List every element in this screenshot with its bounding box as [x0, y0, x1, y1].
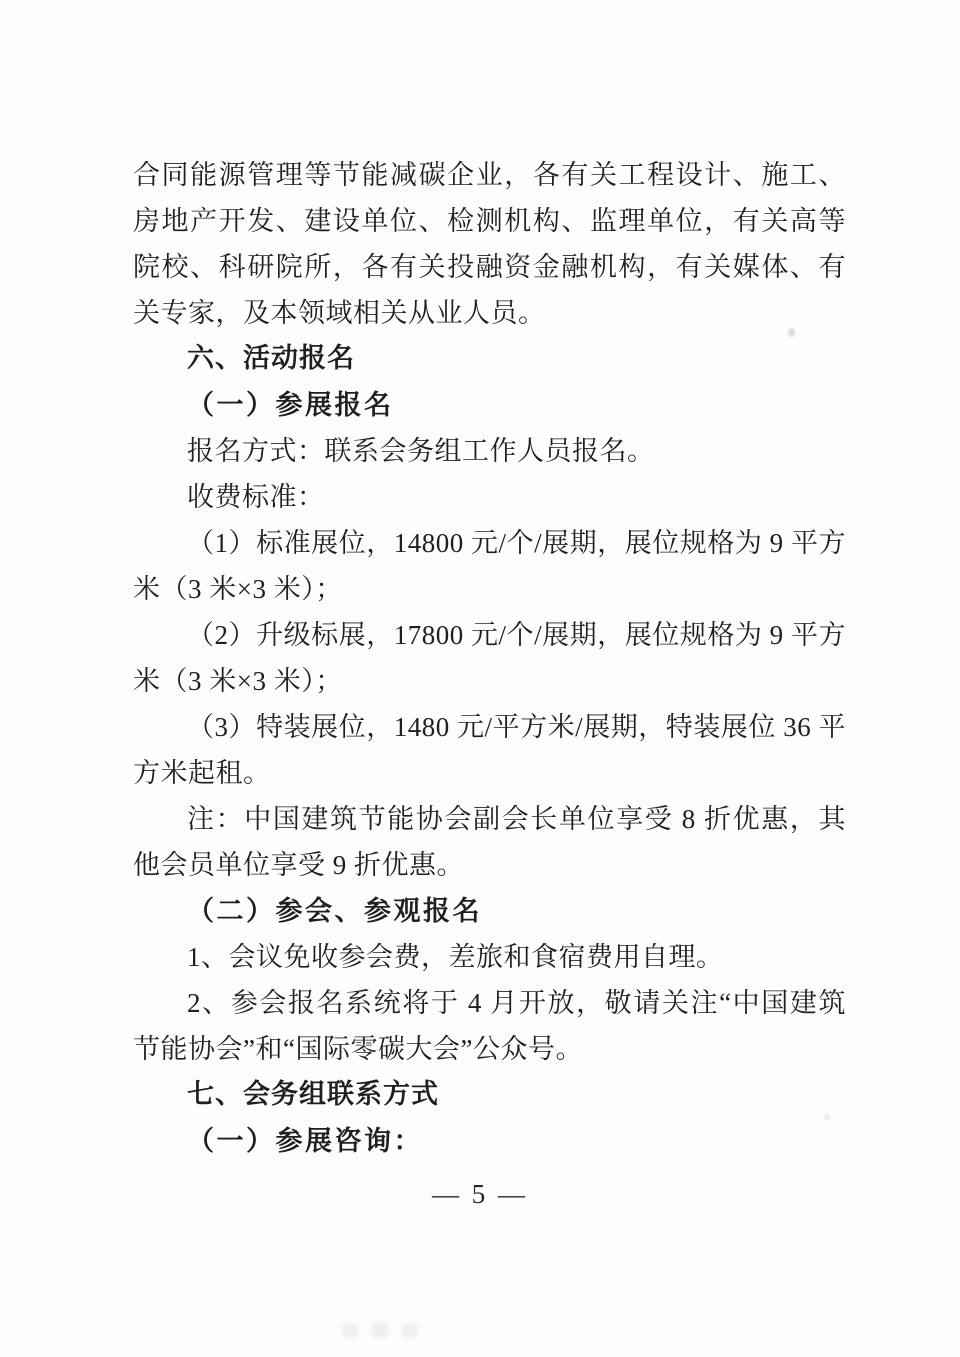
heading: （二）参会、参观报名: [133, 888, 846, 934]
document-page: 合同能源管理等节能减碳企业，各有关工程设计、施工、房地产开发、建设单位、检测机构…: [0, 0, 960, 1357]
paragraph: （2）升级标展，17800 元/个/展期，展位规格为 9 平方米（3 米×3 米…: [133, 612, 846, 704]
paragraph: （1）标准展位，14800 元/个/展期，展位规格为 9 平方米（3 米×3 米…: [133, 520, 846, 612]
scan-artifact: [342, 1318, 472, 1342]
heading: 七、会务组联系方式: [133, 1072, 846, 1118]
paragraph: 合同能源管理等节能减碳企业，各有关工程设计、施工、房地产开发、建设单位、检测机构…: [133, 152, 846, 336]
paragraph: 收费标准：: [133, 474, 846, 520]
paragraph: 注：中国建筑节能协会副会长单位享受 8 折优惠，其他会员单位享受 9 折优惠。: [133, 796, 846, 888]
page-number: — 5 —: [0, 1174, 960, 1214]
heading: （一）参展咨询：: [133, 1118, 846, 1164]
scan-artifact: [788, 328, 795, 337]
document-content: 合同能源管理等节能减碳企业，各有关工程设计、施工、房地产开发、建设单位、检测机构…: [133, 152, 846, 1164]
scan-artifact: [824, 1114, 830, 1120]
heading: （一）参展报名: [133, 382, 846, 428]
paragraph: （3）特装展位，1480 元/平方米/展期，特装展位 36 平方米起租。: [133, 704, 846, 796]
heading: 六、活动报名: [133, 336, 846, 382]
paragraph: 报名方式：联系会务组工作人员报名。: [133, 428, 846, 474]
paragraph: 1、会议免收参会费，差旅和食宿费用自理。: [133, 934, 846, 980]
paragraph: 2、参会报名系统将于 4 月开放，敬请关注“中国建筑节能协会”和“国际零碳大会”…: [133, 980, 846, 1072]
